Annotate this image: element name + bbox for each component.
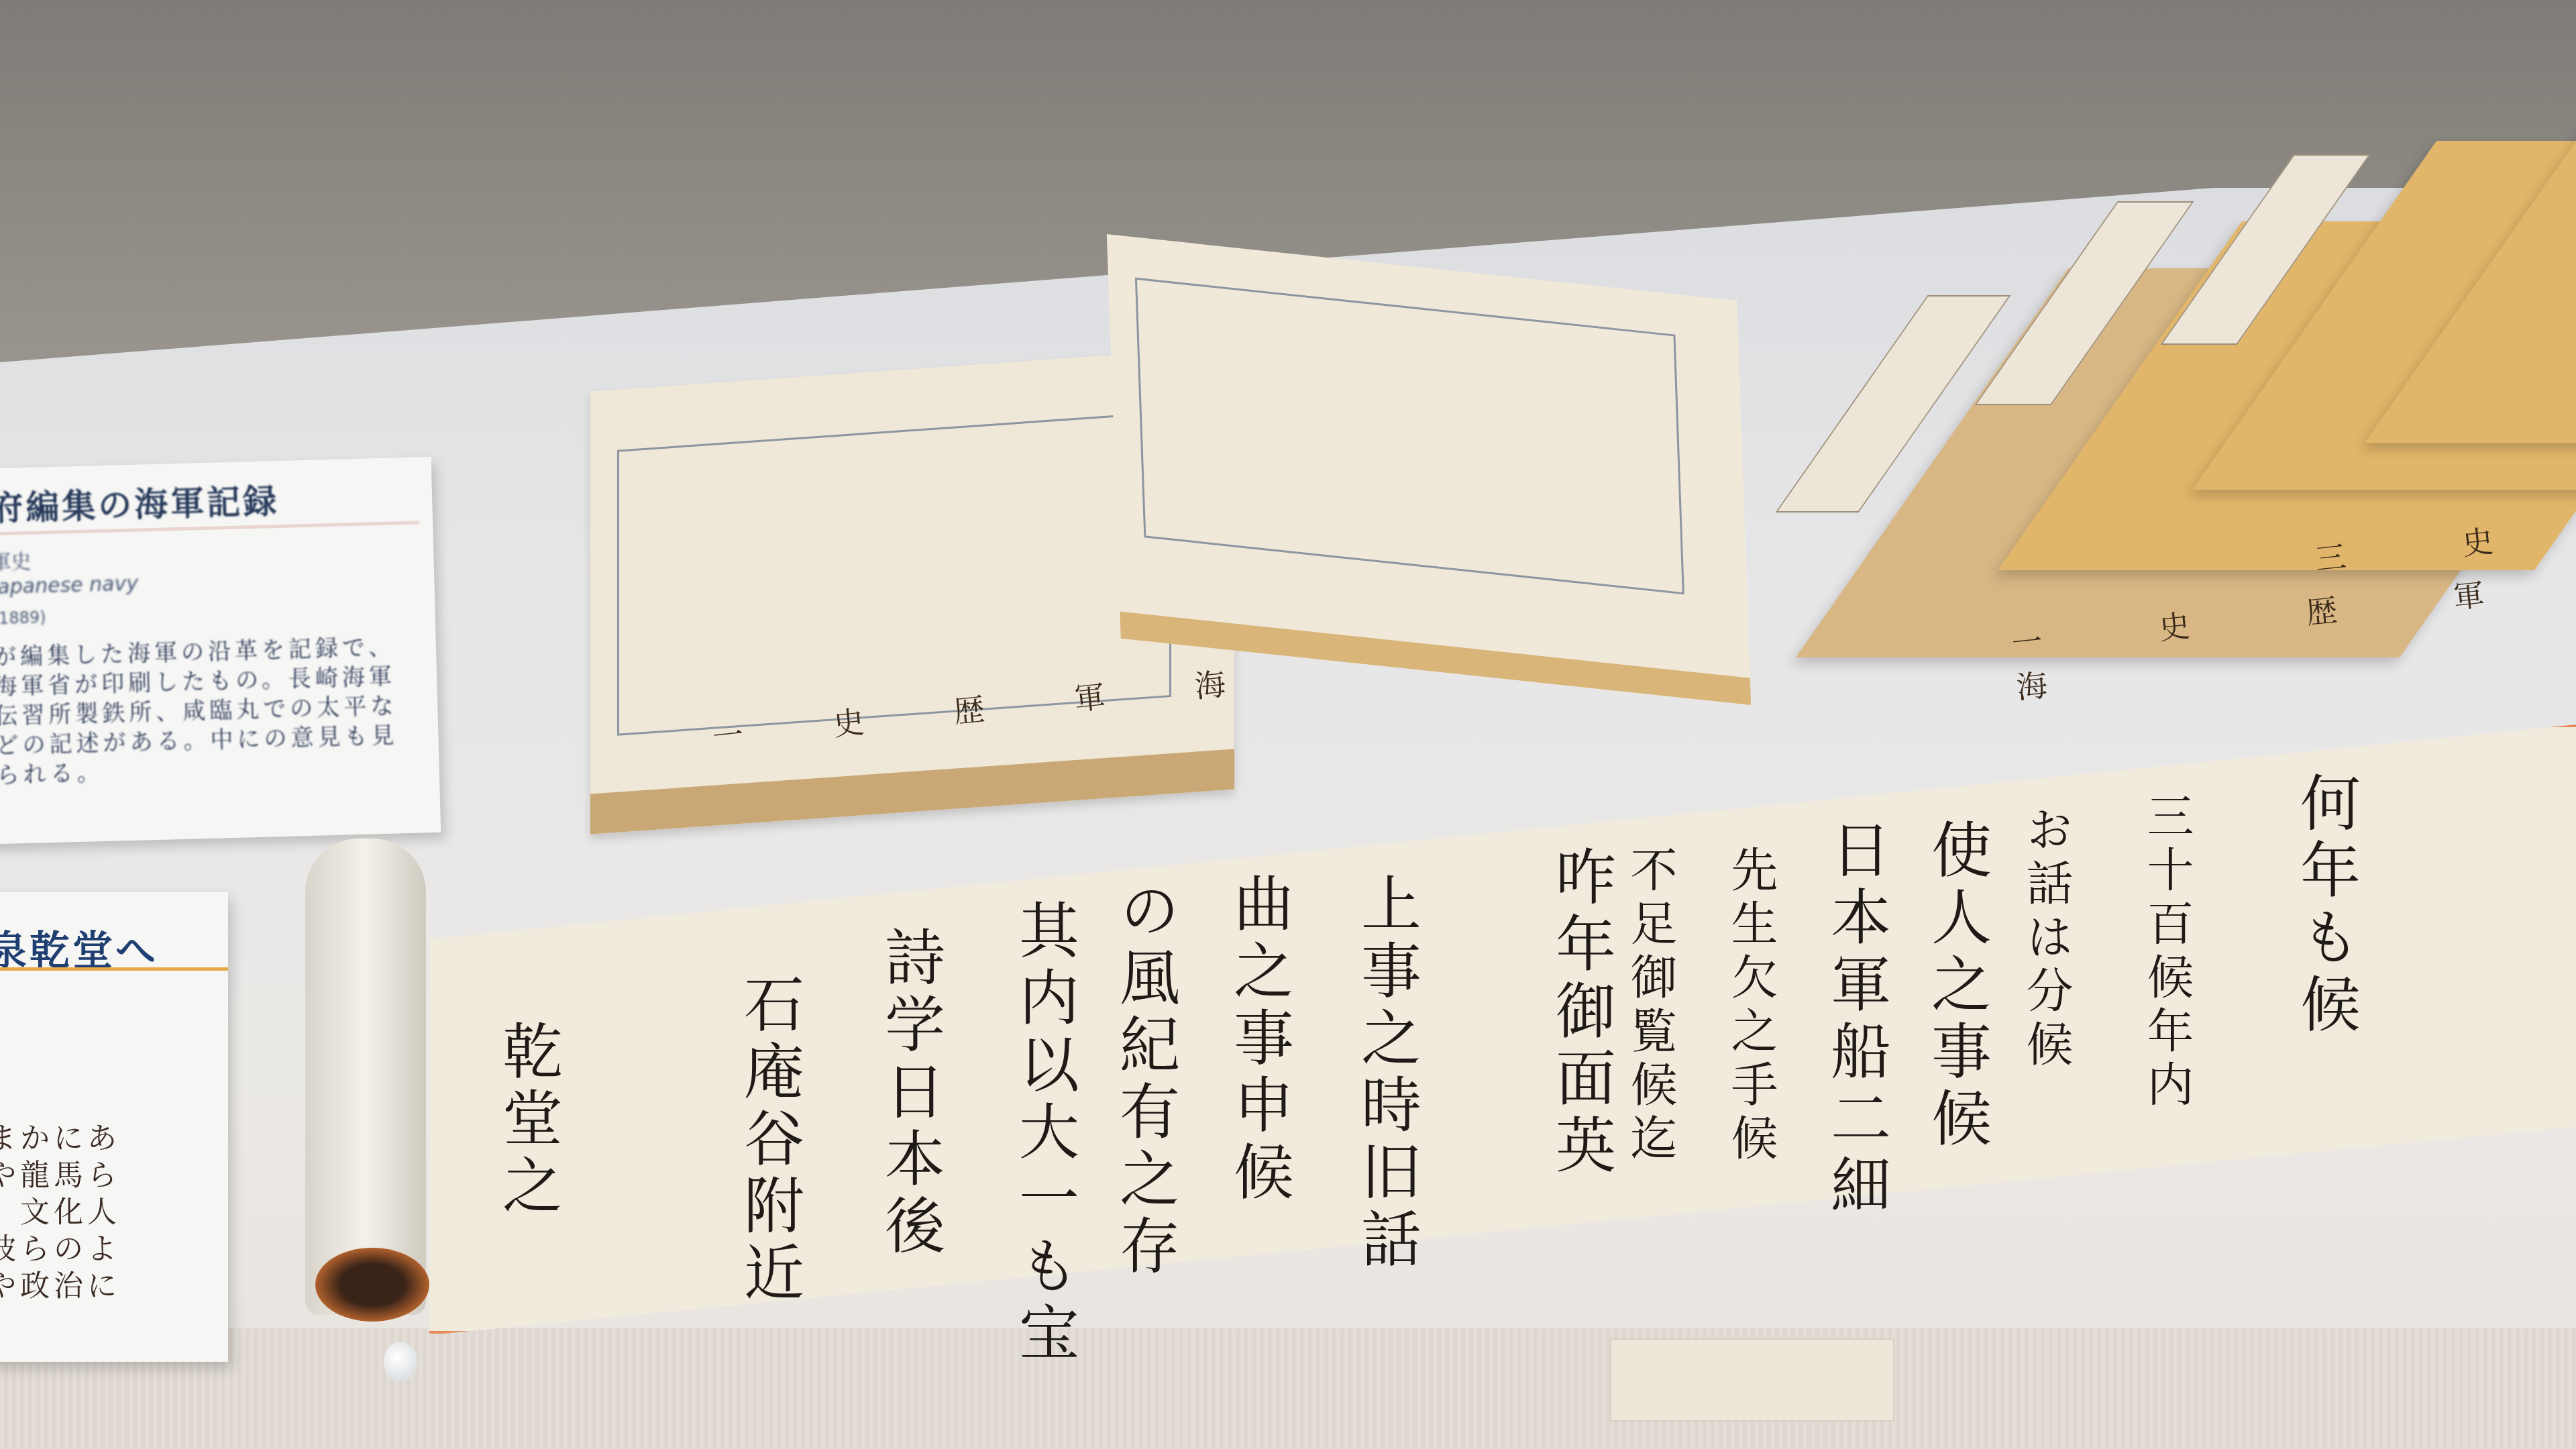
placard-line: や龍馬ら <box>0 1157 215 1194</box>
display-case-front-edge <box>0 1328 2576 1449</box>
calligraphy-column: 上事之時旧話 <box>1342 872 1429 1275</box>
calligraphy-column: 使人之事候 <box>1912 818 1999 1154</box>
placard-line: 、文化人 <box>0 1194 215 1231</box>
calligraphy-column: 曲之事申候 <box>1214 872 1301 1207</box>
scroll-knob <box>384 1342 417 1382</box>
exhibit-placard-naval-records: 府編集の海軍記録 軍史 Japanese navy (1889) が編集した海軍… <box>0 457 441 845</box>
calligraphy-column: 先生欠之手候 <box>1717 845 1785 1167</box>
calligraphy-column: 不足御覧候迄 <box>1617 845 1684 1167</box>
placard-line: まかにあ <box>0 1120 215 1157</box>
display-tag <box>1610 1338 1894 1421</box>
calligraphy-column: 詩学日本後 <box>865 926 953 1261</box>
placard-title: 府編集の海軍記録 <box>0 474 280 530</box>
calligraphy-column: 咋年御面英 <box>1536 845 1623 1181</box>
page-border <box>1135 278 1684 595</box>
calligraphy-column: 其内以大一も宝 <box>1000 899 1087 1368</box>
placard-subtitle-ja: 軍史 <box>0 545 32 576</box>
placard-body: が編集した海軍の沿革を記録で、海軍省が印刷したもの。長崎海軍伝習所製鉄所、咸臨丸… <box>0 633 399 791</box>
calligraphy-column: 三十百候年内 <box>2133 792 2201 1114</box>
placard-subtitle-en: Japanese navy <box>0 572 138 600</box>
book-right-page <box>1107 234 1751 705</box>
placard-line: や政治に <box>0 1268 215 1305</box>
calligraphy-column: 乾堂之 <box>483 1020 570 1221</box>
calligraphy-column: の風紀有之存 <box>1100 879 1187 1281</box>
calligraphy-column: 何年も候 <box>2281 771 2368 1040</box>
placard-note: (1889) <box>0 608 46 628</box>
calligraphy-column: 石庵谷附近 <box>724 973 812 1308</box>
placard-body: まかにあ や龍馬ら 、文化人 彼らのよ や政治に <box>0 1120 215 1305</box>
open-naval-history-book: 一 史 歴 軍 海 <box>590 268 1851 778</box>
calligraphy-column: お話は分候 <box>2012 805 2080 1073</box>
placard-line: 彼らのよ <box>0 1231 215 1268</box>
scroll-roller <box>305 839 426 1315</box>
scroll-roller-end <box>315 1248 429 1322</box>
calligraphy-column: 日本軍船二細 <box>1811 818 1898 1221</box>
placard-rule <box>0 967 228 971</box>
exhibit-placard-kendo: 泉乾堂へ まかにあ や龍馬ら 、文化人 彼らのよ や政治に <box>0 892 228 1362</box>
